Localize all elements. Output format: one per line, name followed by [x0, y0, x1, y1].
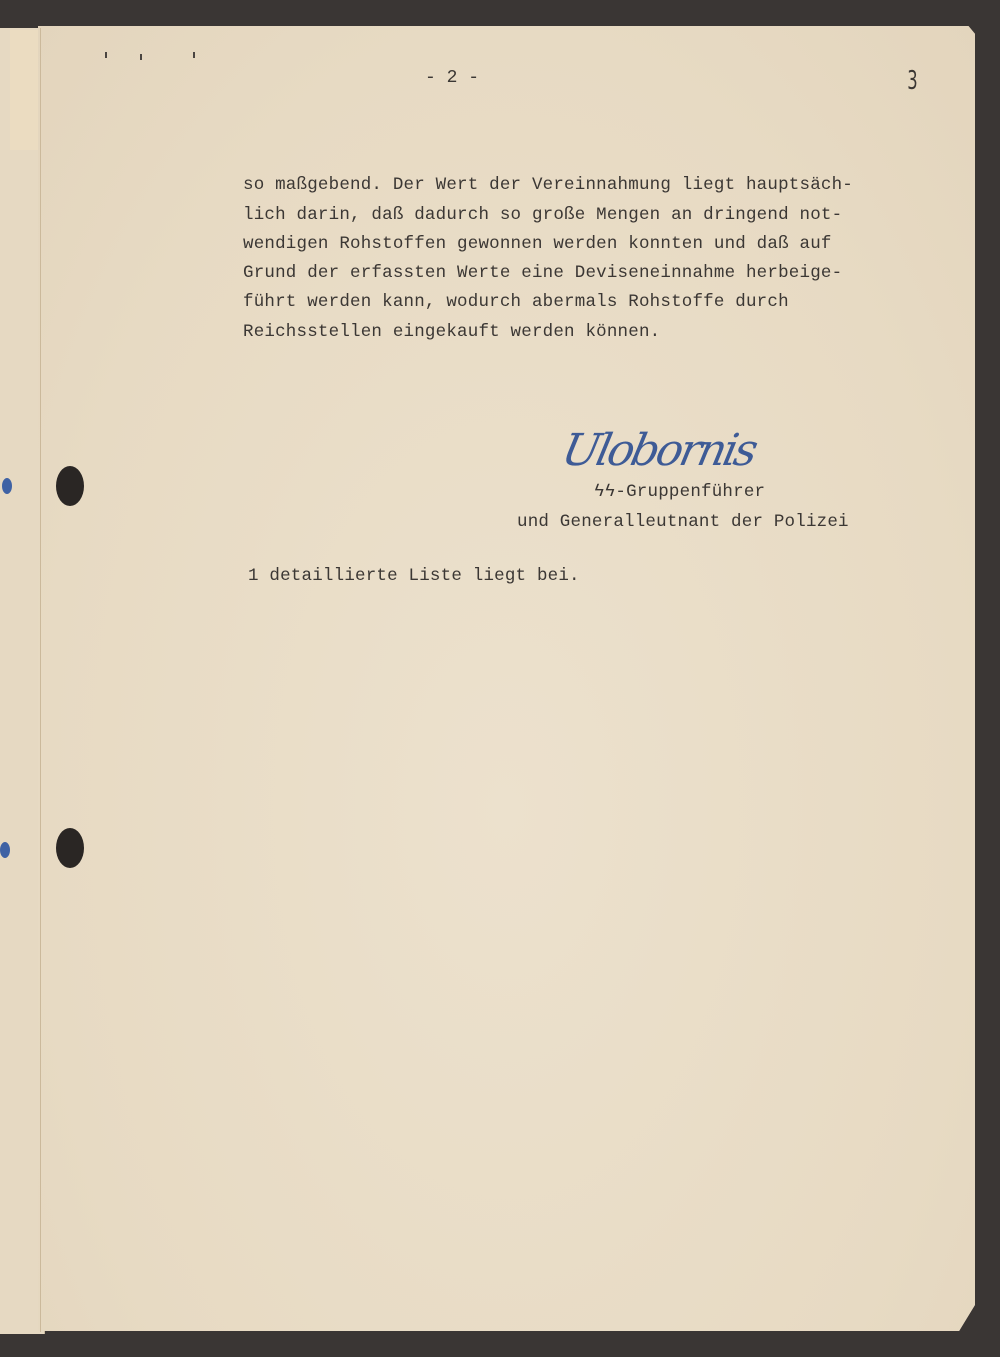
- folio-number: 3: [907, 66, 917, 96]
- punch-hole: [56, 466, 84, 506]
- body-line: wendigen Rohstoffen gewonnen werden konn…: [243, 234, 832, 254]
- body-line: lich darin, daß dadurch so große Mengen …: [243, 205, 842, 225]
- page-fold: [40, 28, 41, 1332]
- punch-hole: [56, 828, 84, 868]
- signer-title: und Generalleutnant der Polizei: [517, 512, 849, 532]
- body-line: so maßgebend. Der Wert der Vereinnahmung…: [243, 175, 853, 195]
- body-line: Grund der erfassten Werte eine Devisenei…: [243, 263, 842, 283]
- speck: [105, 52, 107, 58]
- enclosure-note: 1 detaillierte Liste liegt bei.: [248, 566, 580, 586]
- ink-mark: [2, 478, 12, 494]
- signer-rank: ϟϟ-Gruppenführer: [594, 482, 765, 502]
- page-marker: - 2 -: [425, 68, 479, 88]
- body-line: führt werden kann, wodurch abermals Rohs…: [243, 292, 789, 312]
- ink-mark: [0, 842, 10, 858]
- handwritten-signature: Ulobornis: [558, 425, 760, 476]
- body-line: Reichsstellen eingekauft werden können.: [243, 322, 660, 342]
- speck: [193, 52, 195, 58]
- paper-strip: [10, 30, 40, 150]
- speck: [140, 54, 142, 60]
